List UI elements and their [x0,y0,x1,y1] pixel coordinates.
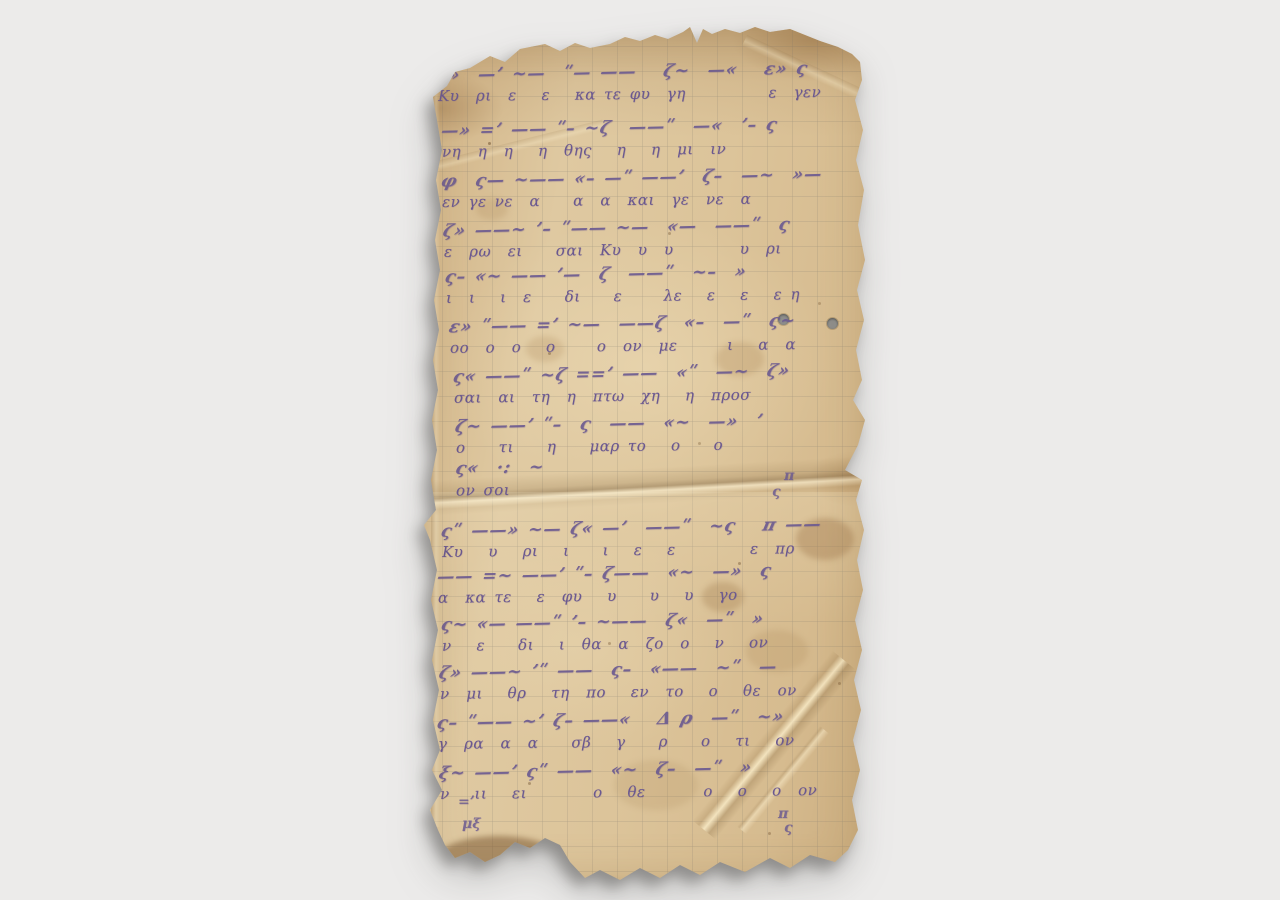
notation-line: ζ~ ——ʼ ʺ– ς —— «~ —» ʼο τι η μαρ το ο ο [456,414,762,455]
stain [716,342,764,376]
notation-line: ς– «~ —— ʼ— ζ ——ʺ ~– »ι ι ι ε δι ε λε ε … [446,264,800,305]
stain [436,836,561,884]
neume-row: ςʺ ——» ~— ζ« —ʼ ——ʺ ~ς π —— [439,514,824,541]
stain [614,760,698,810]
neume-row: ξ~ ——ʼ ςʺ —— «~ ζ– —ʺ » [437,756,821,783]
neume-row: ζ» ——~ ʼʺ —— ς– «—— ~ʺ — [437,657,800,684]
horizontal-fold-crease [411,455,882,517]
manuscript-photo: ς ~ ι ς» —ʼ ~— ʺ— —— ζ~ —« ε» ςΚυ ρι ε ε… [418,22,870,884]
ink-mark: =ʼ [458,794,475,810]
ink-mark: ς [784,820,793,836]
notation-line: ζ» ——~ ʼ– ʺ—— ~— «— ——ʺ ςε ρω ει σαι Κυ … [444,218,789,259]
neume-row: φ ς— ~—— «– —ʺ ——ʼ ζ– —~ »— [439,164,825,191]
lyric-row: ν ιι ει ο θε ο ο ο ον [440,781,817,803]
ink-mark: μξ [462,816,481,832]
stain [702,582,744,612]
grid-lines [418,22,870,884]
lyric-row: Κυ ρι ε ε κα τε φυ γη ε γεν [438,83,821,105]
notation-line: ς« ·: ~ον σοι [456,458,544,499]
notation-line: ςʺ ——» ~— ζ« —ʼ ——ʺ ~ς π ——Κυ υ ρι ι ι ε… [442,518,821,559]
neume-row: ζ~ ——ʼ ʺ– ς —— «~ —» ʼ [453,411,765,437]
lyric-row: Κυ υ ρι ι ι ε ε ε πρ [442,539,821,561]
manuscript-page: ς ~ ι ς» —ʼ ~— ʺ— —— ζ~ —« ε» ςΚυ ρι ε ε… [418,22,870,884]
neume-row: ε» ʺ—— =ʼ ~— ——ζ «– —ʺ ς~ [447,311,799,338]
bottom-right-diagonal-crease-2 [737,726,829,834]
lyric-row: οο ο ο ο ο ον με ι α α [450,335,796,357]
stain [526,336,564,362]
neume-row: ς« ——ʺ ~ζ ==ʼ —— «ʺ —~ ζ» [451,361,792,387]
notation-line: φ ς— ~—— «– —ʺ ——ʼ ζ– —~ »—εν γε νε α α … [442,168,821,209]
lyric-row: ο τι η μαρ το ο ο [456,435,763,456]
page-background: ς ~ ι ς» —ʼ ~— ʺ— —— ζ~ —« ε» ςΚυ ρι ε ε… [0,0,1280,900]
neume-row: —» =ʼ —— ʺ– ~ζ ——ʺ —« ʼ– ς [439,115,780,141]
notation-line: ε» ʺ—— =ʼ ~— ——ζ «– —ʺ ς~οο ο ο ο ο ον μ… [450,314,796,355]
notation-line: ς– ʺ—— ~ʼ ζ– ——« Δ ρ —ʺ ~»γ ρα α α σβ γ … [438,710,794,751]
neume-row: ς~ «— ——ʺ ʼ– ~—— ζ« —ʺ » [439,609,771,635]
lyric-row: ι ι ι ε δι ε λε ε ε ε η [446,285,800,307]
notation-line: —— =~ ——ʼ ʺ– ζ—— «~ —» ςα κα τε ε φυ υ υ… [438,564,771,605]
stain [476,198,508,220]
neume-row: ς– «~ —— ʼ— ζ ——ʺ ~– » [443,261,803,288]
neume-row: —— =~ ——ʼ ʺ– ζ—— «~ —» ς [435,561,774,587]
lyric-row: ον σοι [456,481,544,500]
ink-mark: π [778,806,788,822]
lyric-row: εν γε νε α α α και γε νε α [442,189,822,211]
lyric-row: ν ε δι ι θα α ζο ο ν ον [442,633,768,654]
lyric-row: σαι αι τη η πτω χη η προσ [454,385,789,407]
left-edge-crease [431,77,440,827]
notation-line: ς~ «— ——ʺ ʼ– ~—— ζ« —ʺ »ν ε δι ι θα α ζο… [442,612,768,653]
lyric-row: γ ρα α α σβ γ ρ ο τι ον [438,731,795,753]
top-left-crease [437,120,604,171]
margin-marks: ς ~ ι [416,373,430,402]
paper-specks [488,142,491,145]
fold-highlight [418,492,870,622]
lyric-row: νη η η η θης η η μι ιν [442,139,777,161]
neume-row: ς» —ʼ ~— ʺ— —— ζ~ —« ε» ς [435,58,825,85]
stain [746,630,808,672]
punch-hole [778,314,789,325]
notation-line: ζ» ——~ ʼʺ —— ς– «—— ~ʺ —ν μι θρ τη πο εν… [440,660,797,701]
neume-row: ς– ʺ—— ~ʼ ζ– ——« Δ ρ —ʺ ~» [435,707,798,734]
notation-line: ς« ——ʺ ~ζ ==ʼ —— «ʺ —~ ζ»σαι αι τη η πτω… [454,364,789,405]
top-right-crease [742,35,874,105]
stain [796,518,854,560]
lyric-row: α κα τε ε φυ υ υ υ γο [438,585,771,606]
ink-mark: ς [772,484,781,500]
ink-mark: π [784,468,794,484]
notation-line: —» =ʼ —— ʺ– ~ζ ——ʺ —« ʼ– ςνη η η η θης η… [442,118,777,159]
notation-line: ξ~ ——ʼ ςʺ —— «~ ζ– —ʺ »ν ιι ει ο θε ο ο … [440,760,817,801]
lyric-row: ε ρω ει σαι Κυ υ υ υ ρι [444,239,790,261]
bottom-right-diagonal-crease [692,651,855,840]
lyric-row: ν μι θρ τη πο εν το ο θε ον [440,681,797,703]
neume-row: ς« ·: ~ [453,457,546,479]
neume-row: ζ» ——~ ʼ– ʺ—— ~— «— ——ʺ ς [441,215,793,242]
punch-hole [827,318,838,329]
notation-line: ς» —ʼ ~— ʺ— —— ζ~ —« ε» ςΚυ ρι ε ε κα τε… [438,62,821,103]
